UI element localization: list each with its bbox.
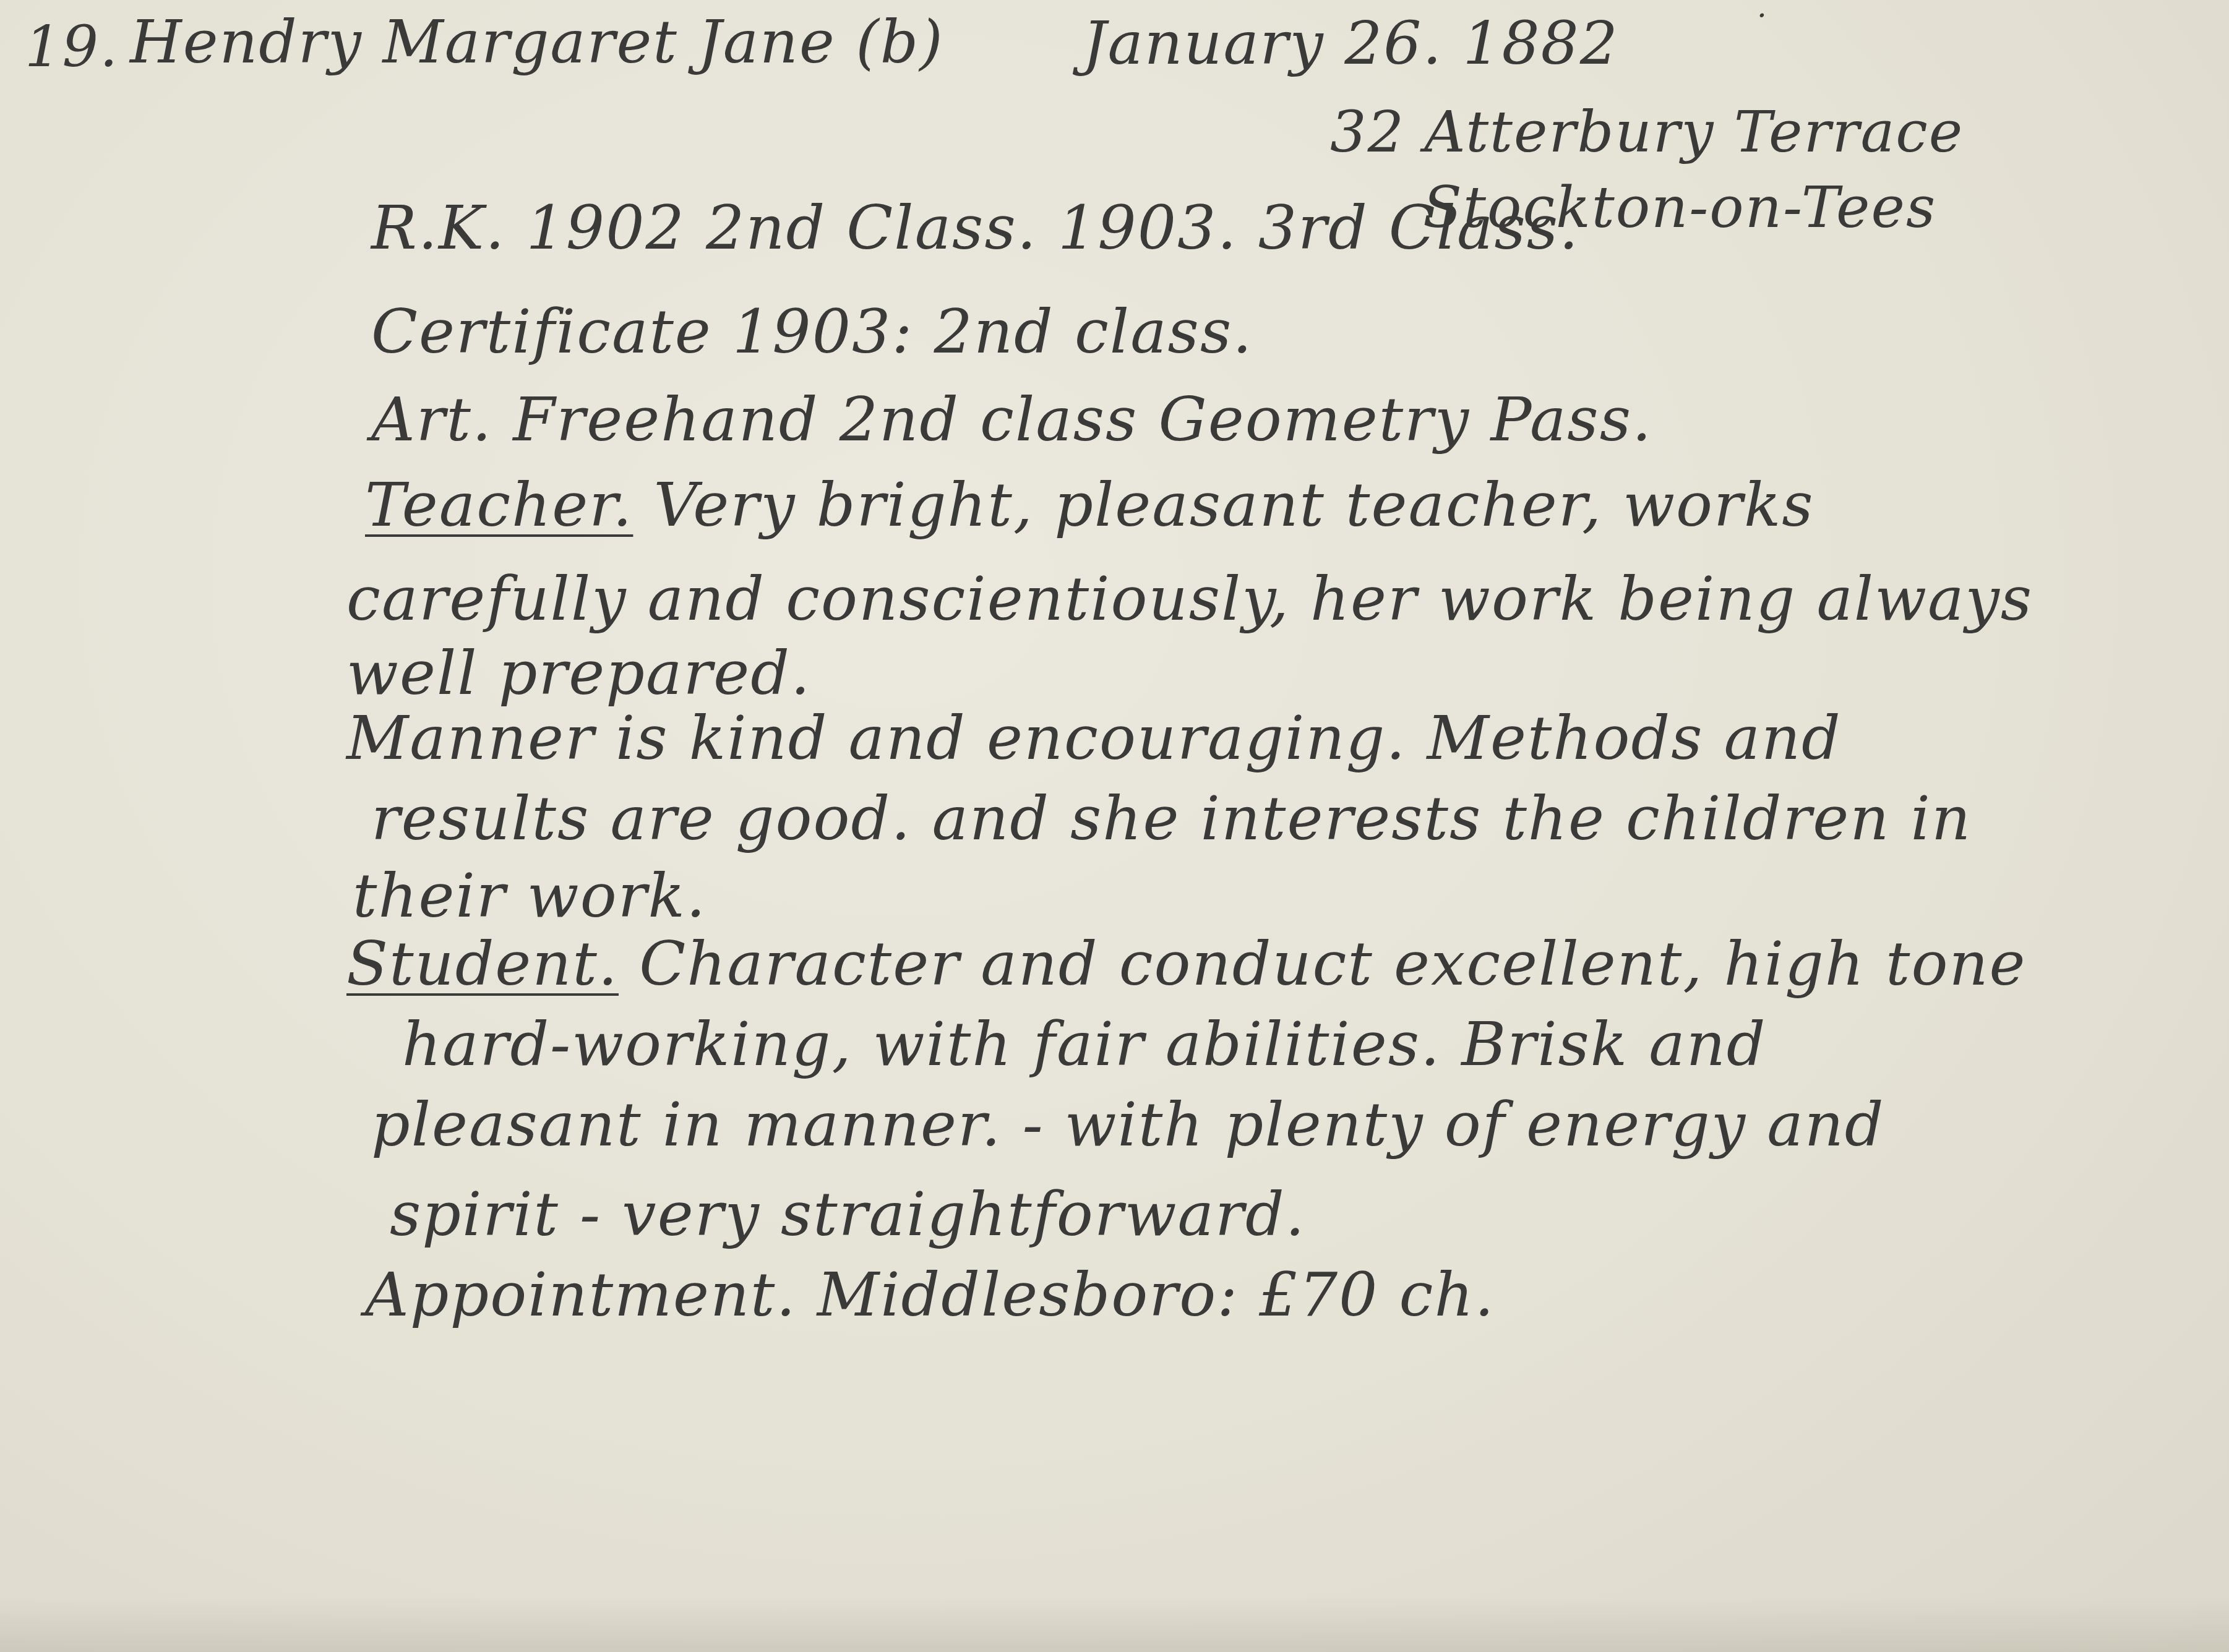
- paper-page: 19. Hendry Margaret Jane (b) January 26.…: [0, 0, 2229, 1652]
- student-line-2: hard-working, with fair abilities. Brisk…: [402, 1014, 1767, 1075]
- teacher-line-1: Very bright, pleasant teacher, works: [654, 470, 1815, 541]
- student-line-3: pleasant in manner. - with plenty of ene…: [371, 1095, 1885, 1155]
- teacher-line-3: well prepared.: [346, 643, 811, 704]
- student-section: Student. Character and conduct excellent…: [346, 934, 2027, 995]
- entry-name: Hendry Margaret Jane (b): [130, 12, 944, 72]
- student-line-4: spirit - very straightforward.: [390, 1184, 1306, 1245]
- teacher-section: Teacher. Very bright, pleasant teacher, …: [365, 475, 1815, 536]
- page-bottom-shadow: [0, 1596, 2229, 1652]
- teacher-line-2: carefully and conscientiously, her work …: [346, 569, 2033, 630]
- appointment-line: Appointment. Middlesboro: £70 ch.: [365, 1265, 1495, 1325]
- rk-results-line: R.K. 1902 2nd Class. 1903. 3rd Class.: [371, 198, 1579, 259]
- address-line-1: 32 Atterbury Terrace: [1330, 104, 1964, 161]
- teacher-heading: Teacher.: [365, 470, 633, 541]
- manner-line-2: results are good. and she interests the …: [371, 789, 1972, 849]
- art-line: Art. Freehand 2nd class Geometry Pass.: [371, 390, 1652, 450]
- certificate-line: Certificate 1903: 2nd class.: [371, 302, 1253, 362]
- corner-mark: ·: [1757, 0, 1768, 31]
- student-line-1: Character and conduct excellent, high to…: [639, 929, 2026, 999]
- manner-line-3: their work.: [353, 866, 706, 927]
- student-heading: Student.: [346, 929, 619, 999]
- entry-number: 19.: [25, 19, 119, 75]
- manner-line-1: Manner is kind and encouraging. Methods …: [346, 708, 1842, 769]
- entry-birth-date: January 26. 1882: [1083, 14, 1619, 73]
